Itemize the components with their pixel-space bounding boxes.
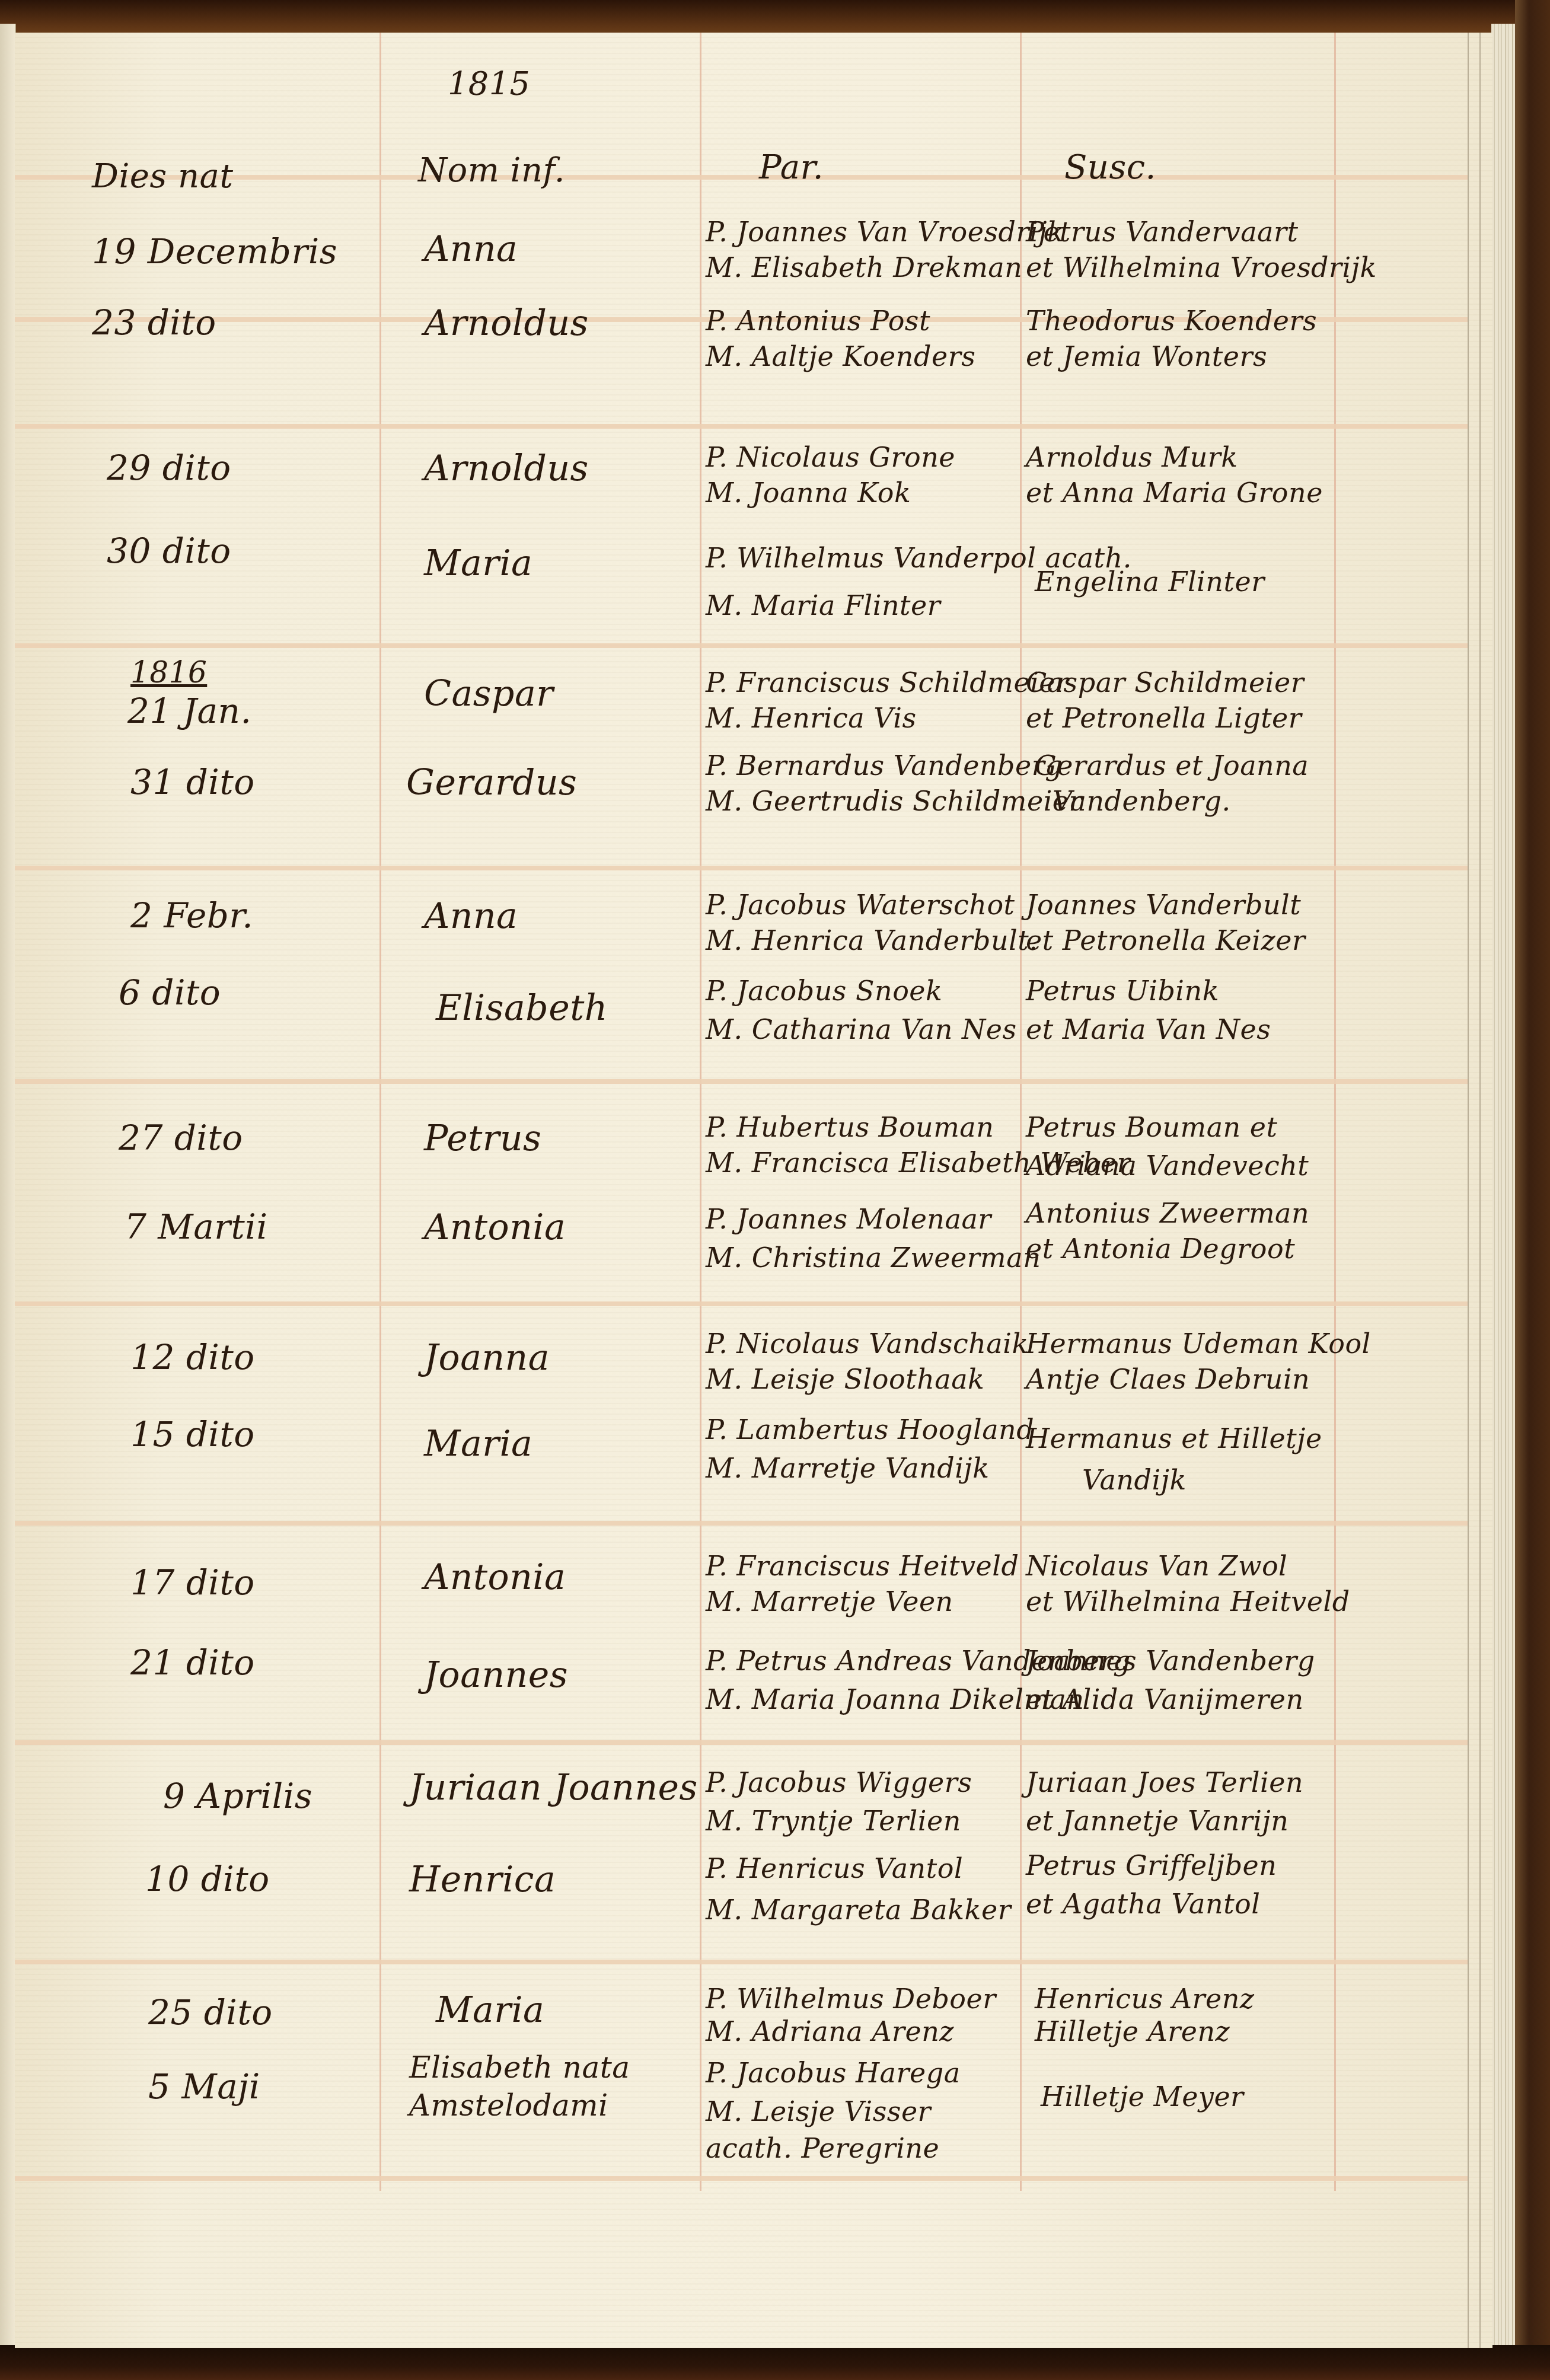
mother-name: M. Tryntje Terlien (706, 1802, 961, 1839)
sponsor-name: Theodorus Koenders (1026, 302, 1317, 339)
infant-name: Maria (424, 1423, 532, 1465)
sponsor-name: Nicolaus Van Zwol (1026, 1548, 1287, 1584)
sponsor-name: Petrus Vandervaart (1026, 213, 1298, 250)
mother-name: M. Geertrudis Schildmeier (706, 783, 1082, 819)
infant-name: Petrus (424, 1118, 541, 1159)
infant-name: Anna (424, 228, 518, 270)
entry-date: 29 dito (107, 448, 231, 488)
father-name: P. Joannes Van Vroesdrijk (706, 213, 1064, 250)
father-name: P. Jacobus Snoek (706, 972, 942, 1009)
infant-name: Arnoldus (424, 448, 589, 489)
sponsor-name: Caspar Schildmeier (1026, 664, 1304, 701)
infant-name: Anna (424, 895, 518, 937)
mother-name: M. Leisje Sloothaak (706, 1361, 985, 1398)
sponsor-name: Petrus Bouman et (1026, 1109, 1278, 1146)
father-name: P. Nicolaus Vandschaik (706, 1325, 1029, 1362)
column-rule (1334, 33, 1336, 2191)
row-rule (15, 424, 1468, 429)
father-name: P. Antonius Post (706, 302, 930, 339)
father-name: P. Jacobus Harega (706, 2054, 961, 2091)
sponsor-name: Antje Claes Debruin (1026, 1361, 1310, 1398)
father-name: P. Franciscus Heitveld (706, 1548, 1019, 1584)
mother-name: M. Henrica Vis (706, 700, 917, 736)
sponsor-name: et Maria Van Nes (1026, 1011, 1271, 1048)
father-name: P. Jacobus Wiggers (706, 1764, 972, 1801)
infant-name: Maria (436, 1989, 544, 2031)
book-binding-right (1515, 0, 1550, 2380)
column-rule (1020, 33, 1022, 2191)
register-page: 1815 Dies nat Nom inf. Par. Susc. 19 Dec… (15, 33, 1492, 2348)
entry-date: 6 dito (119, 972, 221, 1013)
row-rule (15, 1740, 1468, 1745)
row-rule (15, 643, 1468, 648)
sponsor-name: Vandenberg. (1053, 783, 1231, 819)
year-note: 1816 (130, 655, 207, 690)
infant-name: Elisabeth (436, 987, 608, 1029)
father-name: P. Henricus Vantol (706, 1850, 963, 1887)
father-name: P. Joannes Molenaar (706, 1201, 991, 1237)
year-heading: 1815 (448, 65, 530, 103)
infant-name: Gerardus (406, 762, 577, 803)
infant-name: Henrica (409, 1859, 556, 1900)
sponsor-name: Arnoldus Murk (1026, 439, 1238, 476)
mother-name: M. Adriana Arenz (706, 2013, 954, 2050)
row-rule (15, 1301, 1468, 1306)
sponsor-name: Petrus Griffeljben (1026, 1847, 1277, 1884)
entry-date: 10 dito (145, 1859, 270, 1899)
entry-date: 21 dito (130, 1642, 255, 1683)
infant-name: Antonia (424, 1556, 566, 1598)
mother-name: M. Margareta Bakker (706, 1891, 1011, 1928)
mother-name: M. Leisje Visser acath. Peregrine (706, 2093, 1014, 2167)
row-rule (15, 1960, 1468, 1964)
entry-date: 15 dito (130, 1414, 255, 1454)
column-header-nom-inf: Nom inf. (418, 151, 565, 190)
book-binding-bottom (0, 2345, 1550, 2380)
margin-rule (1468, 33, 1469, 2348)
sponsor-name: Hilletje Meyer (1041, 2078, 1244, 2115)
entry-date: 19 Decembris (92, 231, 337, 272)
sponsor-name: Engelina Flinter (1035, 563, 1265, 600)
father-name: P. Hubertus Bouman (706, 1109, 994, 1146)
infant-name: Antonia (424, 1207, 566, 1248)
sponsor-name: et Jemia Wonters (1026, 338, 1267, 375)
mother-name: M. Marretje Vandijk (706, 1450, 990, 1486)
mother-name: M. Joanna Kok (706, 474, 911, 511)
sponsor-name: et Antonia Degroot (1026, 1230, 1295, 1267)
infant-name: Maria (424, 543, 532, 584)
father-name: P. Franciscus Schildmeier (706, 664, 1069, 701)
father-name: P. Bernardus Vandenberg (706, 747, 1063, 784)
sponsor-name: Vandijk (1082, 1462, 1187, 1498)
sponsor-name: Henricus Arenz (1035, 1980, 1255, 2017)
entry-date: 7 Martii (125, 1207, 267, 1247)
entry-date: 2 Febr. (130, 895, 253, 936)
mother-name: M. Elisabeth Drekman (706, 249, 1022, 286)
mother-name: M. Aaltje Koenders (706, 338, 975, 375)
mother-name: M. Maria Flinter (706, 587, 940, 624)
sponsor-name: Gerardus et Joanna (1035, 747, 1309, 784)
column-rule (700, 33, 701, 2191)
page-stack-edge (1491, 24, 1518, 2348)
entry-date: 23 dito (92, 302, 216, 343)
margin-rule (1479, 33, 1481, 2348)
infant-name: Elisabeth nata Amstelodami (409, 2049, 688, 2124)
sponsor-name: et Jannetje Vanrijn (1026, 1802, 1289, 1839)
sponsor-name: et Wilhelmina Vroesdrijk (1026, 249, 1377, 286)
column-rule (379, 33, 381, 2191)
entry-date: 31 dito (130, 762, 255, 802)
entry-date: 12 dito (130, 1337, 255, 1377)
sponsor-name: Hermanus Udeman Kool (1026, 1325, 1371, 1362)
entry-date: 25 dito (148, 1992, 273, 2033)
entry-date: 5 Maji (148, 2066, 260, 2107)
mother-name: M. Catharina Van Nes (706, 1011, 1017, 1048)
mother-name: M. Christina Zweerman (706, 1239, 1041, 1276)
column-header-dies-nat: Dies nat (92, 157, 233, 196)
row-rule (15, 1079, 1468, 1084)
infant-name: Juriaan Joannes (409, 1767, 698, 1808)
sponsor-name: Antonius Zweerman (1026, 1195, 1309, 1232)
entry-date: 27 dito (119, 1118, 243, 1158)
facing-page-edge (0, 24, 16, 2354)
row-rule (15, 2176, 1468, 2181)
father-name: P. Nicolaus Grone (706, 439, 955, 476)
column-header-susc: Susc. (1064, 148, 1156, 187)
father-name: P. Jacobus Waterschot (706, 886, 1015, 923)
sponsor-name: Hermanus et Hilletje (1026, 1420, 1322, 1457)
father-name: P. Wilhelmus Deboer (706, 1980, 996, 2017)
infant-name: Arnoldus (424, 302, 589, 344)
sponsor-name: Joannes Vanderbult (1026, 886, 1301, 923)
sponsor-name: Juriaan Joes Terlien (1026, 1764, 1303, 1801)
sponsor-name: et Anna Maria Grone (1026, 474, 1323, 511)
sponsor-name: et Agatha Vantol (1026, 1886, 1261, 1922)
sponsor-name: et Wilhelmina Heitveld (1026, 1583, 1350, 1620)
father-name: P. Lambertus Hoogland (706, 1411, 1034, 1448)
entry-date: 9 Aprilis (163, 1776, 312, 1816)
sponsor-name: et Petronella Keizer (1026, 922, 1305, 959)
entry-date: 17 dito (130, 1562, 255, 1603)
mother-name: M. Henrica Vanderbult. (706, 922, 1038, 959)
infant-name: Joannes (424, 1654, 568, 1696)
infant-name: Caspar (424, 673, 553, 714)
sponsor-name: Petrus Uibink (1026, 972, 1219, 1009)
sponsor-name: et Petronella Ligter (1026, 700, 1302, 736)
entry-date: 30 dito (107, 531, 231, 571)
row-rule (15, 1521, 1468, 1526)
entry-date: 21 Jan. (127, 691, 251, 731)
sponsor-name: Joannes Vandenberg (1026, 1642, 1315, 1679)
sponsor-name: et Alida Vanijmeren (1026, 1681, 1304, 1718)
row-rule (15, 866, 1468, 870)
column-header-par: Par. (759, 148, 824, 187)
sponsor-name: Hilletje Arenz (1035, 2013, 1230, 2050)
infant-name: Joanna (424, 1337, 550, 1379)
sponsor-name: Adriana Vandevecht (1026, 1147, 1309, 1184)
mother-name: M. Marretje Veen (706, 1583, 953, 1620)
